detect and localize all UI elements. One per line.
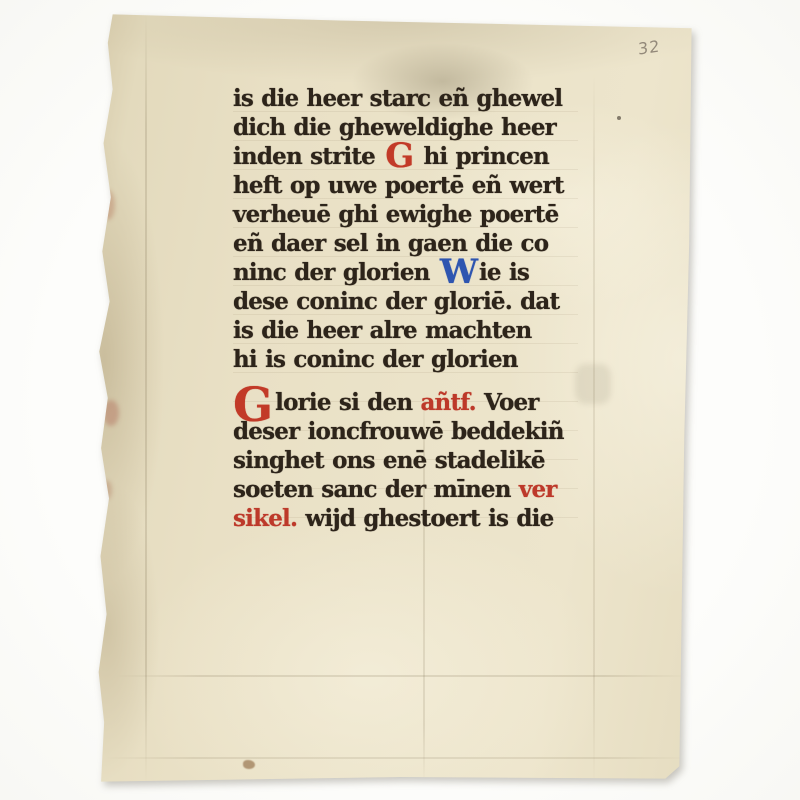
text-line-4: heft op uwe poertē eñ wert — [233, 171, 578, 200]
text-segment: Voer — [476, 389, 539, 416]
text-segment: heft op uwe poertē eñ wert — [233, 172, 564, 199]
red-lombard-initial-G: G — [383, 136, 415, 176]
text-block: is die heer starc eñ gheweldich die ghew… — [233, 84, 578, 533]
text-line-12: deser ioncfrouwē beddekiñ — [233, 417, 578, 446]
manuscript-leaf: 32 is die heer starc eñ gheweldich die g… — [95, 12, 705, 784]
fold-crease-left — [145, 12, 147, 784]
text-line-15: sikel. wijd ghestoert is die — [233, 504, 578, 533]
show-through-right-margin — [575, 364, 611, 404]
text-segment: dese coninc der gloriē. dat — [233, 288, 559, 315]
text-line-5: verheuē ghi ewighe poertē — [233, 200, 578, 229]
speck-right-margin — [617, 116, 621, 120]
fold-crease-right — [593, 72, 595, 784]
stain-bottom-center — [243, 760, 255, 769]
stain-left-edge-1 — [101, 190, 115, 220]
text-segment: soeten sanc der mīnen — [233, 476, 519, 503]
text-line-10: hi is coninc der glorien — [233, 345, 578, 374]
text-segment: singhet ons enē stadelikē — [233, 447, 545, 474]
text-segment: ie is — [479, 259, 529, 286]
blue-lombard-initial-W: W — [438, 252, 479, 292]
text-segment: eñ daer sel in gaen die co — [233, 230, 548, 257]
text-line-9: is die heer alre machten — [233, 316, 578, 345]
text-line-11: Glorie si den añtf. Voer — [233, 388, 578, 417]
photo-background: 32 is die heer starc eñ gheweldich die g… — [0, 0, 800, 800]
stain-left-edge-3 — [100, 480, 112, 500]
rubric-text: ver — [519, 476, 557, 503]
stain-left-edge-2 — [103, 400, 119, 426]
text-segment: deser ioncfrouwē beddekiñ — [233, 418, 564, 445]
text-line-6: eñ daer sel in gaen die co — [233, 229, 578, 258]
text-line-3: inden strite G hi princen — [233, 142, 578, 171]
text-segment: wijd ghestoert is die — [297, 505, 553, 532]
text-line-14: soeten sanc der mīnen ver — [233, 475, 578, 504]
text-segment: verheuē ghi ewighe poertē — [233, 201, 558, 228]
text-segment: is die heer starc eñ ghewel — [233, 85, 562, 112]
fold-crease-bottom-lower — [105, 757, 690, 759]
leaf-shadow-wrap: 32 is die heer starc eñ gheweldich die g… — [0, 0, 800, 800]
text-line-1: is die heer starc eñ ghewel — [233, 84, 578, 113]
text-segment: lorie si den — [275, 389, 420, 416]
text-line-7: ninc der glorien Wie is — [233, 258, 578, 287]
text-segment: hi princen — [415, 143, 549, 170]
rubric-text: añtf. — [420, 389, 475, 416]
text-segment: hi is coninc der glorien — [233, 346, 518, 373]
text-line-8: dese coninc der gloriē. dat — [233, 287, 578, 316]
text-segment: inden strite — [233, 143, 383, 170]
rubric-text: sikel. — [233, 505, 297, 532]
pencil-folio-number: 32 — [638, 36, 661, 58]
text-line-13: singhet ons enē stadelikē — [233, 446, 578, 475]
fold-crease-bottom-upper — [115, 675, 690, 677]
text-segment: is die heer alre machten — [233, 317, 531, 344]
text-segment: ninc der glorien — [233, 259, 438, 286]
